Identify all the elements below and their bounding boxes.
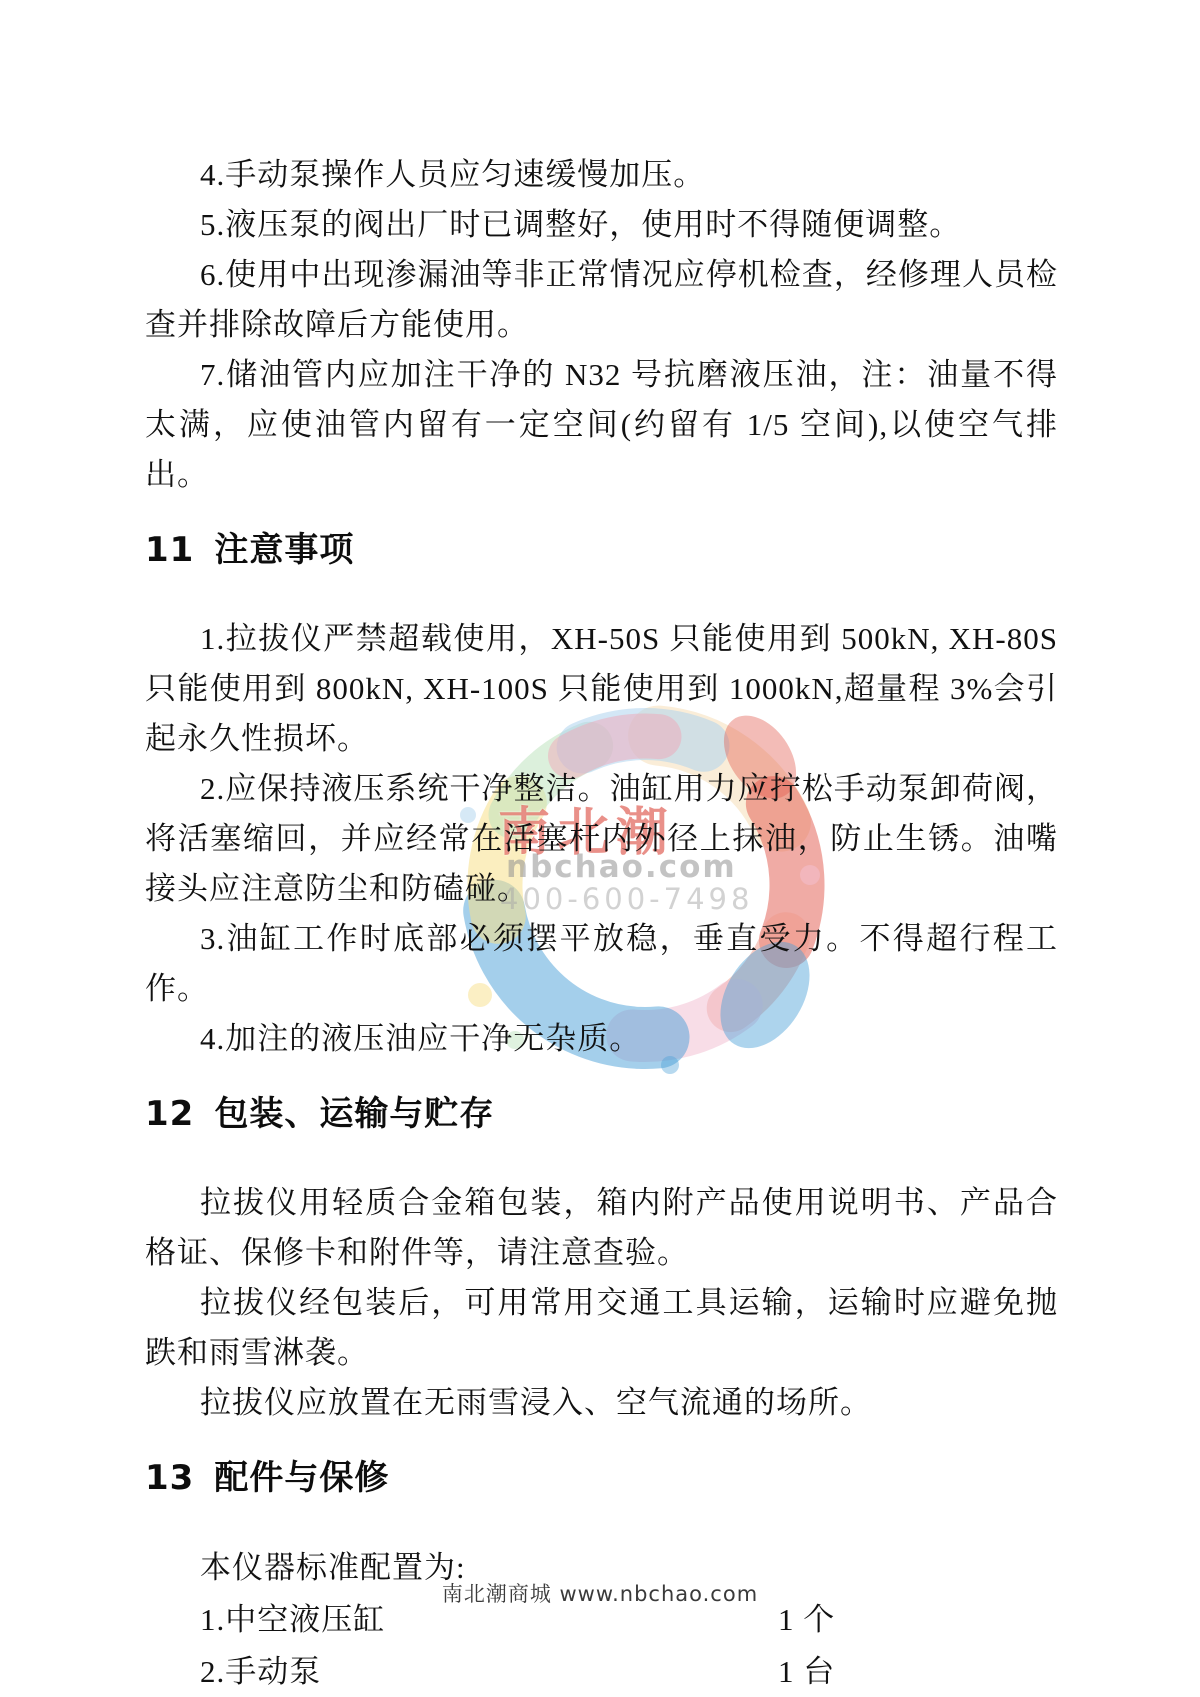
section-number: 13 [145,1458,194,1498]
section-heading-11: 11注意事项 [145,526,1058,574]
intro-paragraph-7: 7.储油管内应加注干净的 N32 号抗磨液压油，注：油量不得太满，应使油管内留有… [145,350,1058,500]
page-footer: 南北潮商城 www.nbchao.com [0,1578,1200,1608]
intro-paragraph-4: 4.手动泵操作人员应匀速缓慢加压。 [145,150,1058,200]
footer-text: 南北潮商城 www.nbchao.com [442,1582,758,1606]
section-title: 配件与保修 [214,1458,389,1498]
section-number: 11 [145,530,194,570]
s11-paragraph-1: 1.拉拔仪严禁超载使用，XH-50S 只能使用到 500kN, XH-80S 只… [145,614,1058,764]
config-item-qty: 1 台 [778,1646,835,1697]
config-item-name: 2.手动泵 [200,1654,321,1689]
section-12-body: 拉拔仪用轻质合金箱包装，箱内附产品使用说明书、产品合格证、保修卡和附件等，请注意… [145,1178,1058,1428]
section-13-body: 本仪器标准配置为: 1.中空液压缸 1 个 2.手动泵 1 台 [145,1542,1058,1697]
intro-paragraph-6: 6.使用中出现渗漏油等非正常情况应停机检查，经修理人员检查并排除故障后方能使用。 [145,250,1058,350]
intro-paragraph-5: 5.液压泵的阀出厂时已调整好，使用时不得随便调整。 [145,200,1058,250]
section-title: 注意事项 [214,530,354,570]
section-11-body: 1.拉拔仪严禁超载使用，XH-50S 只能使用到 500kN, XH-80S 只… [145,614,1058,1064]
section-heading-12: 12包装、运输与贮存 [145,1090,1058,1138]
section-intro: 4.手动泵操作人员应匀速缓慢加压。 5.液压泵的阀出厂时已调整好，使用时不得随便… [145,150,1058,500]
s12-paragraph-2: 拉拔仪经包装后，可用常用交通工具运输，运输时应避免抛跌和雨雪淋袭。 [145,1278,1058,1378]
section-heading-13: 13配件与保修 [145,1454,1058,1502]
s12-paragraph-1: 拉拔仪用轻质合金箱包装，箱内附产品使用说明书、产品合格证、保修卡和附件等，请注意… [145,1178,1058,1278]
s11-paragraph-3: 3.油缸工作时底部必须摆平放稳，垂直受力。不得超行程工作。 [145,914,1058,1014]
s12-paragraph-3: 拉拔仪应放置在无雨雪浸入、空气流通的场所。 [145,1378,1058,1428]
section-number: 12 [145,1094,194,1134]
s11-paragraph-2: 2.应保持液压系统干净整洁。油缸用力应拧松手动泵卸荷阀，将活塞缩回，并应经常在活… [145,764,1058,914]
document-content: 4.手动泵操作人员应匀速缓慢加压。 5.液压泵的阀出厂时已调整好，使用时不得随便… [0,0,1200,1697]
s11-paragraph-4: 4.加注的液压油应干净无杂质。 [145,1014,1058,1064]
config-row-2: 2.手动泵 1 台 [145,1646,1058,1697]
document-page: { "colors": { "text": "#111111", "footer… [0,0,1200,1697]
section-title: 包装、运输与贮存 [214,1094,494,1134]
